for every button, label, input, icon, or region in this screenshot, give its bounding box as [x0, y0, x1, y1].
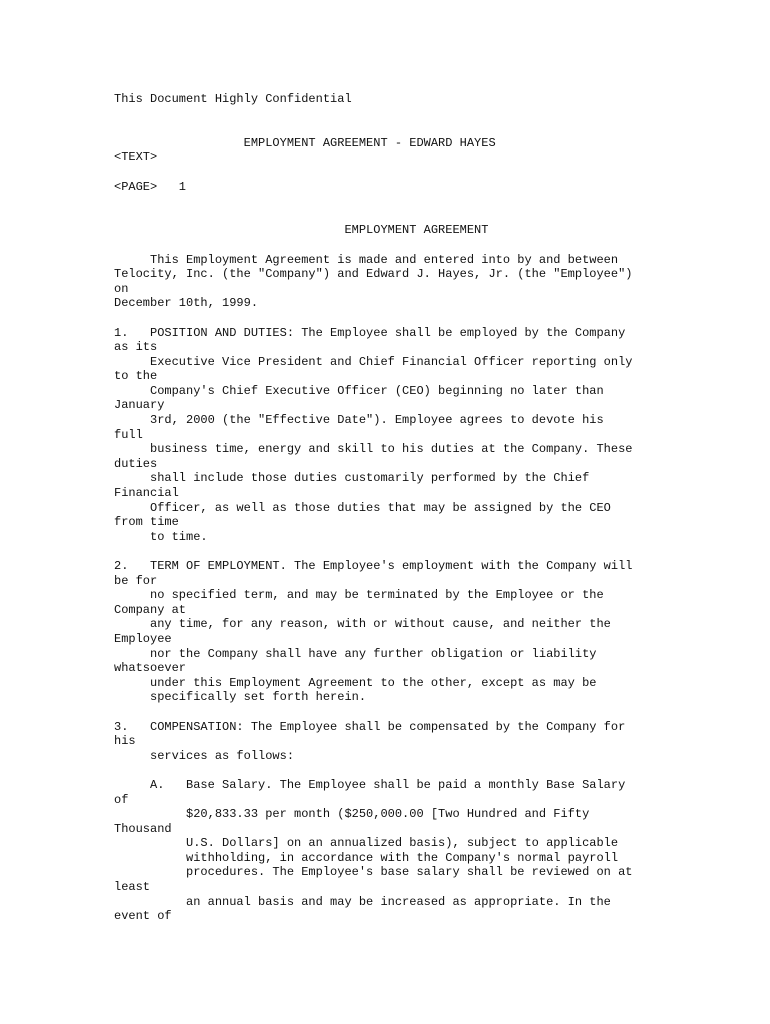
section-compensation: 3. COMPENSATION: The Employee shall be c… — [114, 720, 754, 764]
section-line: services as follows: — [114, 749, 754, 764]
section-line: under this Employment Agreement to the o… — [114, 676, 754, 691]
blank-line — [114, 763, 754, 778]
intro-line: This Employment Agreement is made and en… — [114, 253, 754, 268]
section-line: whatsoever — [114, 661, 754, 676]
section-line: January — [114, 398, 754, 413]
blank-line — [114, 311, 754, 326]
section-line: 1. POSITION AND DUTIES: The Employee sha… — [114, 326, 754, 341]
section-line: to the — [114, 369, 754, 384]
section-line: Executive Vice President and Chief Finan… — [114, 355, 754, 370]
blank-line — [114, 165, 754, 180]
section-line: to time. — [114, 530, 754, 545]
section-line: his — [114, 734, 754, 749]
section-line: Company's Chief Executive Officer (CEO) … — [114, 384, 754, 399]
blank-line — [114, 121, 754, 136]
section-line: Officer, as well as those duties that ma… — [114, 501, 754, 516]
section-line: full — [114, 428, 754, 443]
header-title: EMPLOYMENT AGREEMENT - EDWARD HAYES — [114, 136, 754, 151]
section-line: no specified term, and may be terminated… — [114, 588, 754, 603]
intro-paragraph: This Employment Agreement is made and en… — [114, 253, 754, 311]
section-line: nor the Company shall have any further o… — [114, 647, 754, 662]
page-tag: <PAGE> 1 — [114, 180, 754, 195]
section-line: an annual basis and may be increased as … — [114, 895, 754, 910]
section-position-and-duties: 1. POSITION AND DUTIES: The Employee sha… — [114, 326, 754, 545]
blank-line — [114, 238, 754, 253]
section-line: as its — [114, 340, 754, 355]
section-line: procedures. The Employee's base salary s… — [114, 865, 754, 880]
section-line: least — [114, 880, 754, 895]
section-line: 3rd, 2000 (the "Effective Date"). Employ… — [114, 413, 754, 428]
section-line: withholding, in accordance with the Comp… — [114, 851, 754, 866]
section-line: be for — [114, 574, 754, 589]
blank-line — [114, 209, 754, 224]
agreement-title: EMPLOYMENT AGREEMENT — [114, 223, 754, 238]
blank-line — [114, 107, 754, 122]
section-line: of — [114, 793, 754, 808]
section-line: event of — [114, 909, 754, 924]
document-page: This Document Highly Confidential EMPLOY… — [114, 92, 754, 924]
section-line: shall include those duties customarily p… — [114, 471, 754, 486]
section-line: from time — [114, 515, 754, 530]
intro-line: December 10th, 1999. — [114, 296, 754, 311]
intro-line: Telocity, Inc. (the "Company") and Edwar… — [114, 267, 754, 282]
section-line: Thousand — [114, 822, 754, 837]
text-tag: <TEXT> — [114, 150, 754, 165]
section-line: any time, for any reason, with or withou… — [114, 617, 754, 632]
blank-line — [114, 544, 754, 559]
section-line: Employee — [114, 632, 754, 647]
section-line: 3. COMPENSATION: The Employee shall be c… — [114, 720, 754, 735]
section-line: specifically set forth herein. — [114, 690, 754, 705]
intro-line: on — [114, 282, 754, 297]
section-line: A. Base Salary. The Employee shall be pa… — [114, 778, 754, 793]
section-line: $20,833.33 per month ($250,000.00 [Two H… — [114, 807, 754, 822]
section-line: 2. TERM OF EMPLOYMENT. The Employee's em… — [114, 559, 754, 574]
confidential-notice: This Document Highly Confidential — [114, 92, 754, 107]
section-term-of-employment: 2. TERM OF EMPLOYMENT. The Employee's em… — [114, 559, 754, 705]
section-line: Financial — [114, 486, 754, 501]
blank-line — [114, 705, 754, 720]
subsection-base-salary: A. Base Salary. The Employee shall be pa… — [114, 778, 754, 924]
section-line: Company at — [114, 603, 754, 618]
section-line: U.S. Dollars] on an annualized basis), s… — [114, 836, 754, 851]
section-line: business time, energy and skill to his d… — [114, 442, 754, 457]
section-line: duties — [114, 457, 754, 472]
blank-line — [114, 194, 754, 209]
